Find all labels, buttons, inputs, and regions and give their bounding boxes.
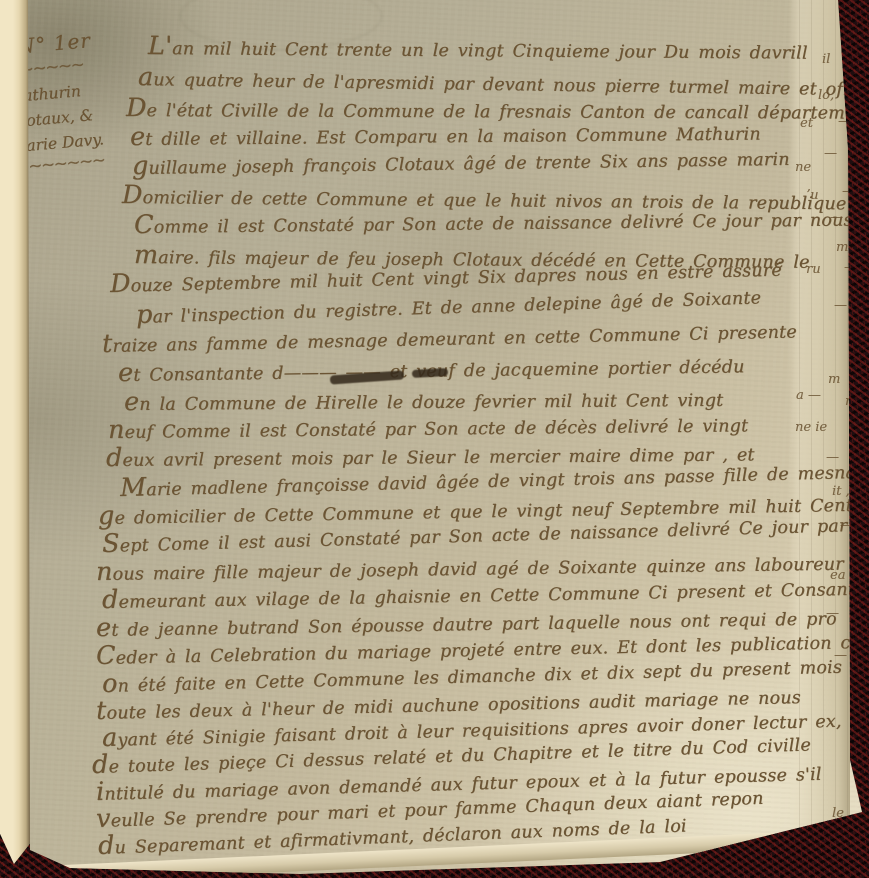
text-line: L'an mil huit Cent trente un le vingt Ci… — [148, 30, 808, 65]
edge-mark: ne ie — [795, 420, 827, 435]
edge-mark: m — [828, 372, 840, 387]
edge-mark: ea — [830, 568, 845, 583]
edge-mark: — — [826, 606, 839, 621]
edge-mark: le — [832, 806, 844, 821]
edge-mark: a — — [796, 388, 821, 403]
book-photo: N° 1er ~~~~~~ Mathurin Clotaux, & marie … — [0, 0, 869, 878]
edge-mark: ne — [795, 160, 811, 175]
edge-mark: it , — [832, 484, 850, 499]
edge-mark: — — [824, 146, 837, 161]
edge-mark: — — [838, 114, 851, 129]
edge-mark: — — [830, 210, 843, 225]
edge-mark: et — [800, 116, 813, 131]
edge-mark: — — [826, 450, 839, 465]
edge-mark: ma — [836, 240, 856, 255]
edge-mark: — — [840, 518, 853, 533]
edge-mark: — — [844, 260, 857, 275]
edge-mark: ʼu — [806, 188, 819, 203]
manuscript-page: N° 1er ~~~~~~ Mathurin Clotaux, & marie … — [0, 0, 869, 878]
text-line: Comme il est Constaté par Son acte de na… — [134, 201, 853, 239]
edge-mark: — — [834, 648, 847, 663]
edge-mark: — — [834, 298, 847, 313]
edge-mark: ru — [806, 262, 821, 277]
underlying-page-edge — [0, 0, 31, 864]
edge-mark: lo, — [818, 88, 834, 103]
edge-mark: — — [842, 184, 855, 199]
edge-mark: il — [822, 52, 830, 67]
edge-mark: n — [845, 394, 853, 409]
